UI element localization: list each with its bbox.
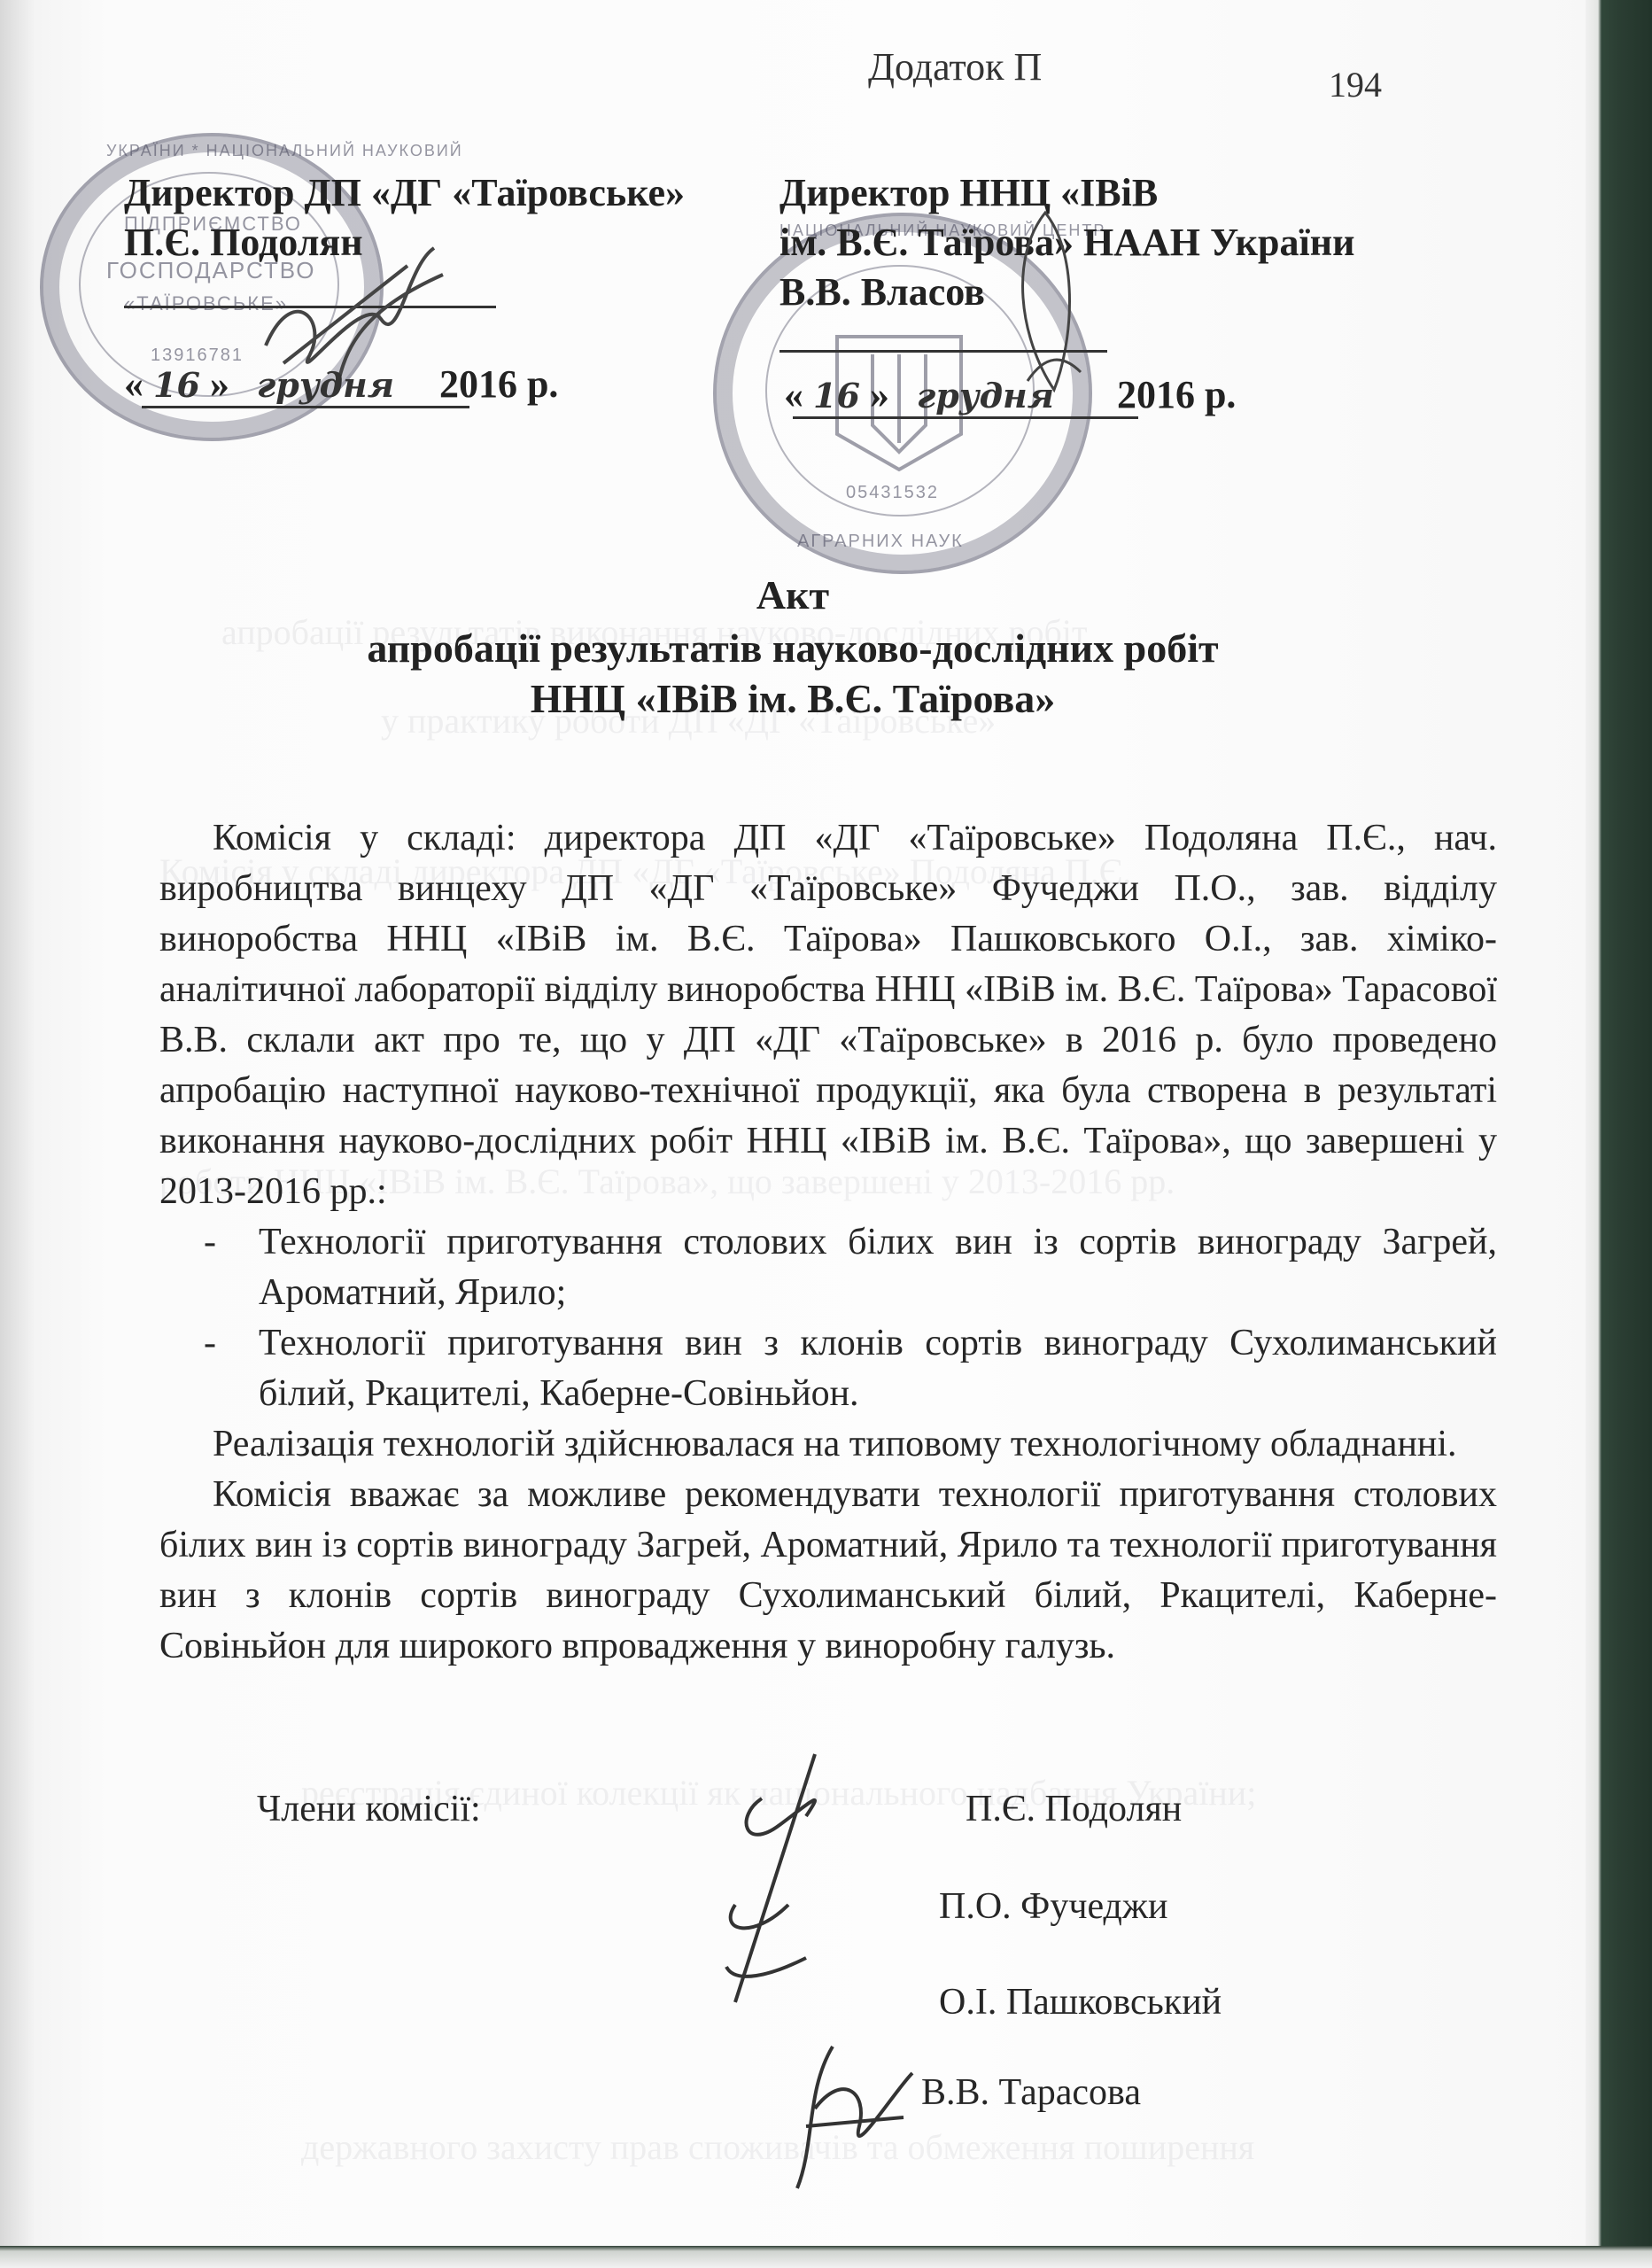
approval-left-date: « 16 » грудня 2016 р. bbox=[124, 361, 558, 407]
list-item: - Технології приготування столових білих… bbox=[204, 1217, 1497, 1318]
appendix-label: Додаток П bbox=[868, 44, 1042, 89]
commission-members-label: Члени комісії: bbox=[257, 1788, 481, 1830]
member-name: В.В. Тарасова bbox=[921, 2071, 1141, 2114]
document-subtitle-org: ННЦ «ІВіВ ім. В.Є. Таїрова» bbox=[0, 675, 1586, 722]
member-name: О.І. Пашковський bbox=[939, 1981, 1222, 2023]
date-line bbox=[793, 416, 1138, 419]
signature-icon bbox=[682, 1745, 859, 2011]
signature-icon bbox=[779, 2038, 921, 2197]
stamp-text: 05431532 bbox=[846, 483, 939, 503]
paragraph-implementation: Реалізація технологій здійснювалася на т… bbox=[159, 1419, 1497, 1470]
list-item-text: Технології приготування столових білих в… bbox=[259, 1222, 1497, 1313]
approval-right-date: « 16 » грудня 2016 р. bbox=[784, 372, 1236, 417]
paragraph-commission: Комісія у складі: директора ДП «ДГ «Таїр… bbox=[159, 813, 1497, 1217]
list-item: - Технології приготування вин з клонів с… bbox=[204, 1318, 1497, 1419]
member-name: П.Є. Подолян bbox=[966, 1788, 1182, 1830]
document-subtitle: апробації результатів науково-дослідних … bbox=[0, 625, 1586, 672]
list-item-text: Технології приготування вин з клонів сор… bbox=[259, 1323, 1497, 1414]
approval-left-title: Директор ДП «ДГ «Таїровське» bbox=[124, 168, 685, 218]
member-name: П.О. Фучеджи bbox=[939, 1885, 1167, 1928]
document-body: Комісія у складі: директора ДП «ДГ «Таїр… bbox=[159, 813, 1497, 1672]
list-marker: - bbox=[204, 1217, 216, 1268]
list-marker: - bbox=[204, 1318, 216, 1369]
page-bottom-edge bbox=[0, 2246, 1652, 2268]
signature-line bbox=[779, 350, 1107, 353]
stamp-text: УКРАЇНИ * НАЦІОНАЛЬНИЙ НАУКОВИЙ bbox=[106, 142, 463, 160]
date-line bbox=[142, 406, 469, 408]
book-cover-edge bbox=[1586, 0, 1652, 2268]
show-through-text: державного захисту прав споживачів та об… bbox=[301, 2126, 1254, 2168]
page-number: 194 bbox=[1329, 64, 1382, 105]
document-title: Акт bbox=[0, 571, 1586, 618]
paragraph-recommendation: Комісія вважає за можливе рекомендувати … bbox=[159, 1470, 1497, 1672]
stamp-text: АГРАРНИХ НАУК bbox=[797, 532, 964, 552]
